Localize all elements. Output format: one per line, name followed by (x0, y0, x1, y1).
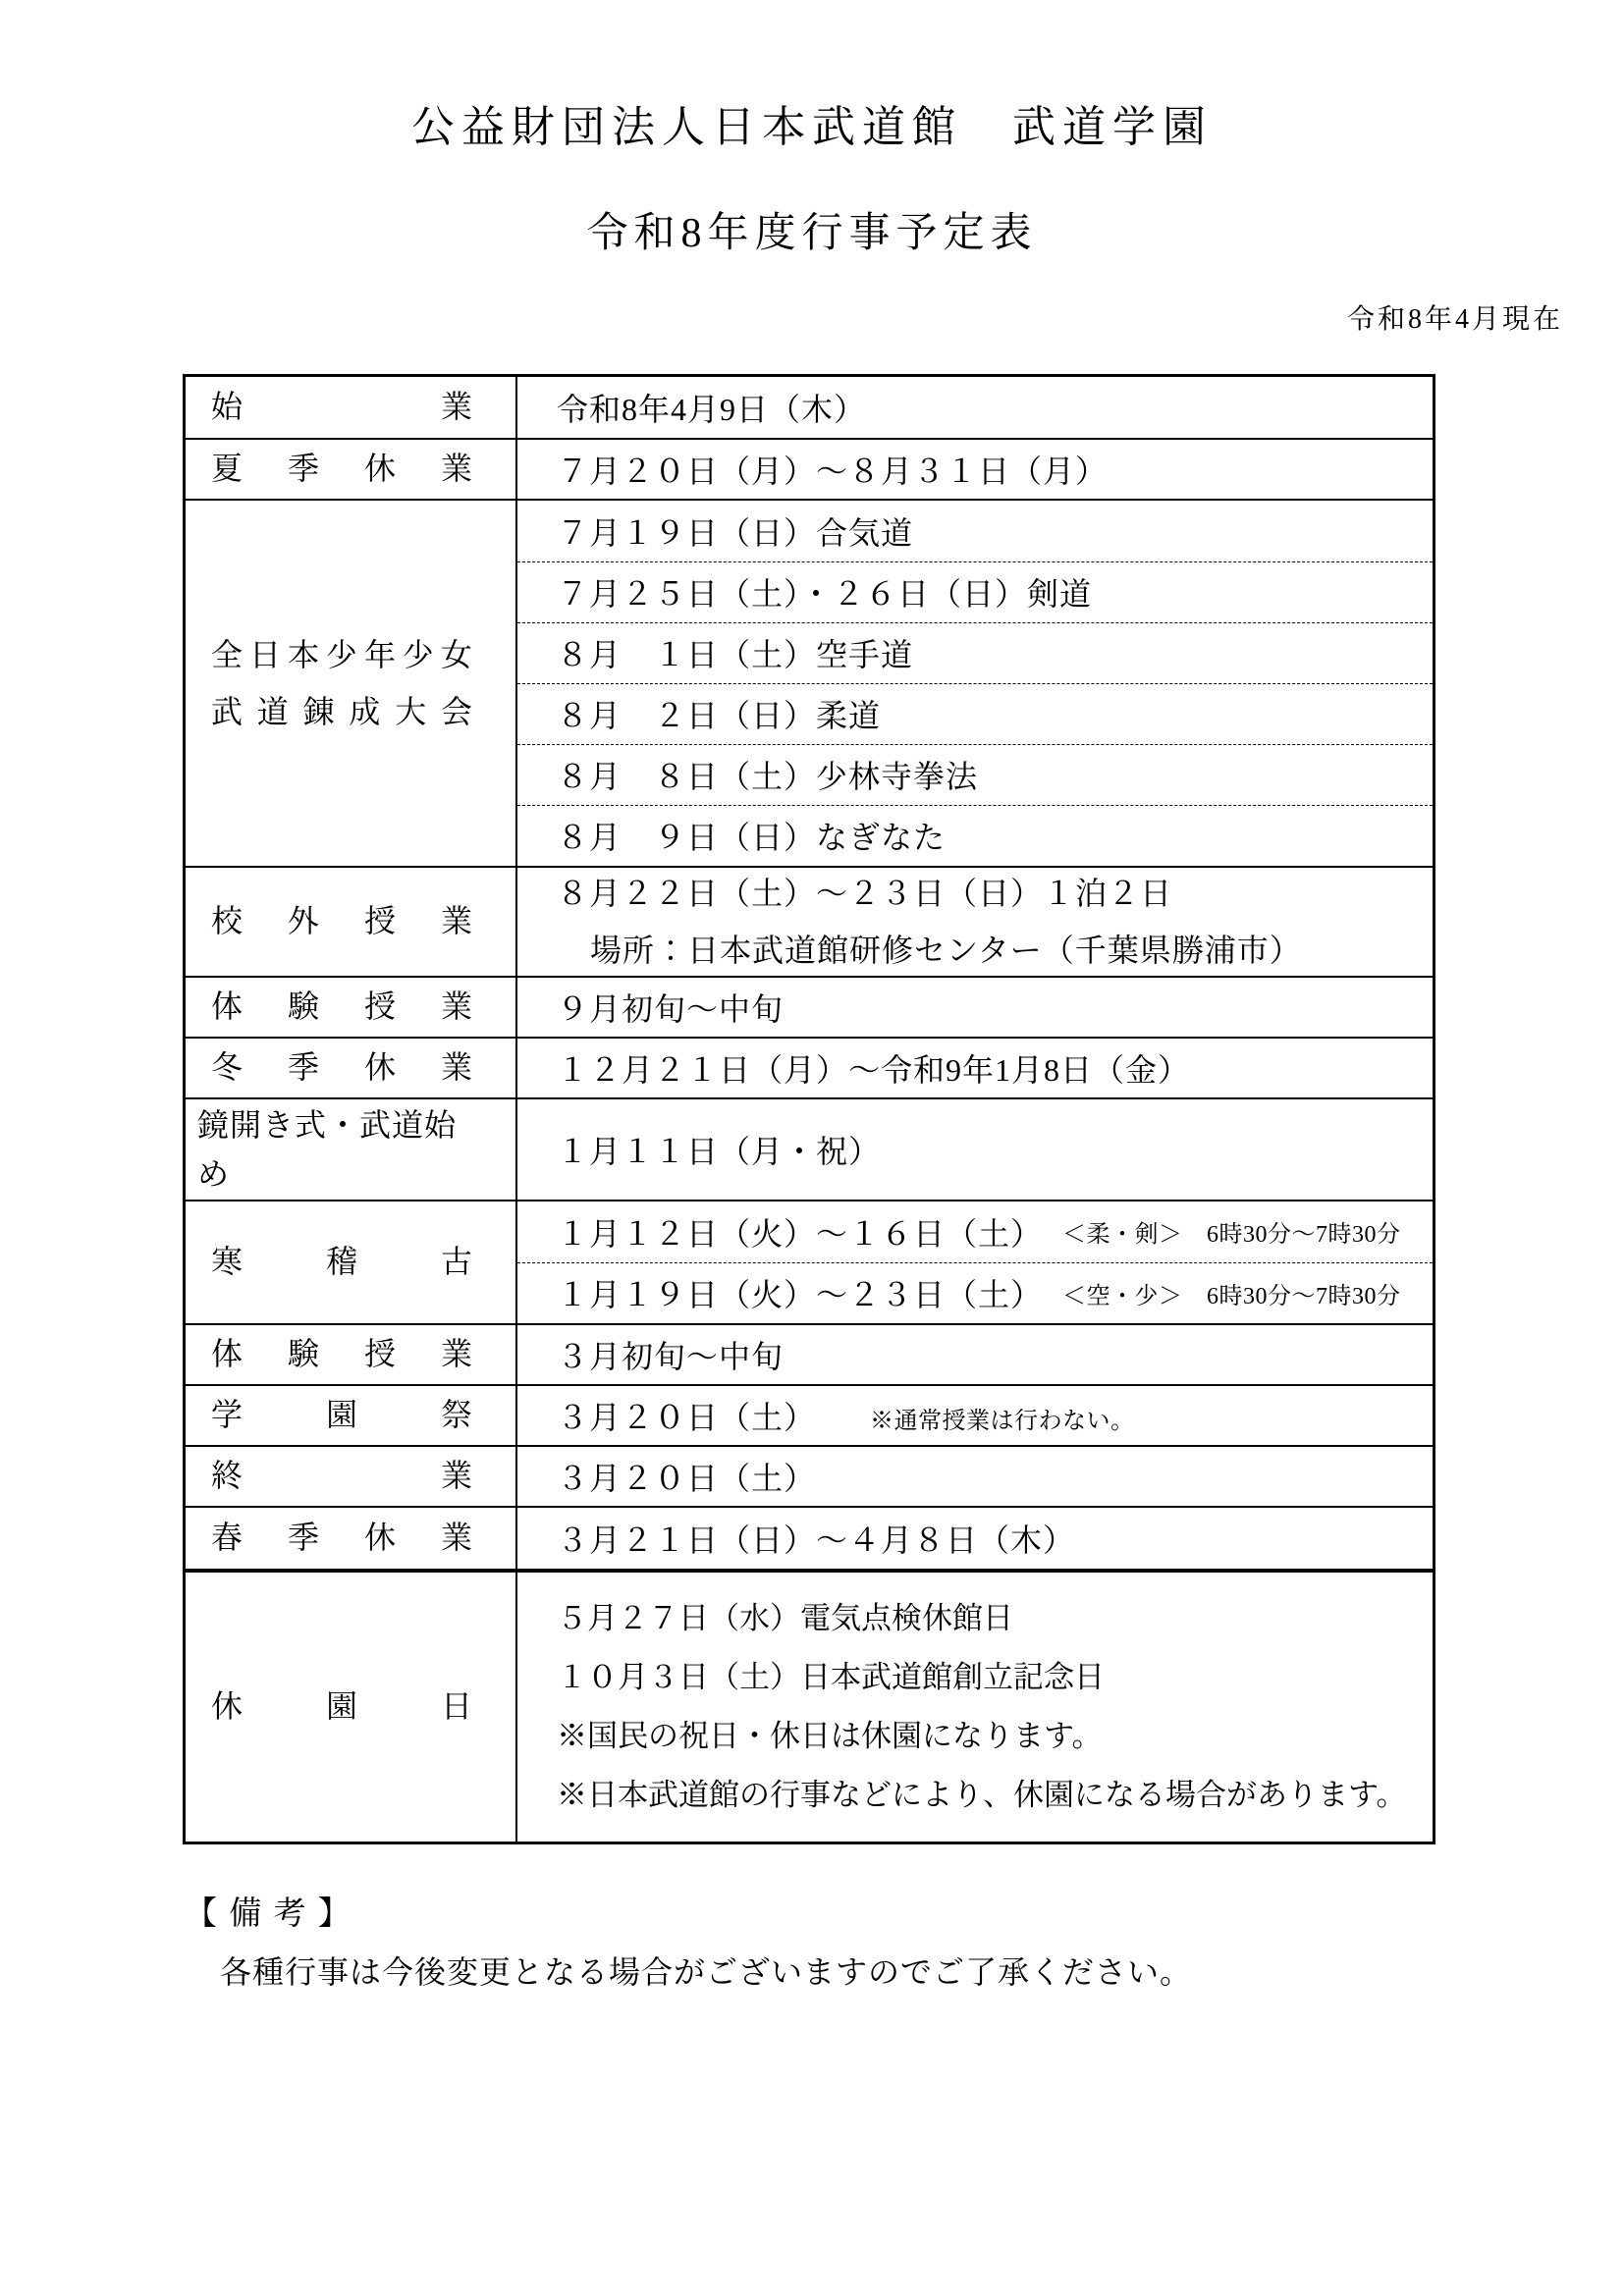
row-label-line2: め (197, 1149, 472, 1199)
row-label-cell: 春季休業 (186, 1508, 517, 1569)
row-value-cell: ３月初旬～中旬 (517, 1325, 1433, 1384)
remarks-text: 各種行事は今後変更となる場合がございますのでご了承ください。 (220, 1948, 1624, 1993)
row-value: ３月２０日（土） (557, 1400, 816, 1435)
subrow-text: ８月 ９日（日）なぎなた (557, 813, 946, 858)
row-value-line1: ８月２２日（土）～２３日（日）１泊２日 (557, 865, 1433, 922)
subrow-text: ７月１９日（日）合気道 (557, 508, 913, 554)
subrow-kangeiko-judo-kendo: １月１２日（火）～１６日（土） ＜柔・剣＞ 6時30分～7時30分 (517, 1201, 1433, 1262)
row-label-line1: 全日本少年少女 (211, 626, 472, 683)
row-value: ３月２１日（日）～４月８日（木） (557, 1516, 1433, 1561)
table-row-winter-break: 冬季休業 １２月２１日（月）～令和9年1月8日（金） (186, 1037, 1433, 1097)
row-label-cell: 体験授業 (186, 1325, 517, 1384)
row-subrows: ７月１９日（日）合気道 ７月２５日（土）・２６日（日）剣道 ８月 １日（土）空手… (517, 501, 1433, 866)
table-row-school-start: 始業 令和8年4月9日（木） (186, 377, 1433, 438)
row-value-line2: 場所：日本武道館研修センター（千葉県勝浦市） (557, 922, 1433, 979)
row-label: 体験授業 (211, 986, 472, 1028)
row-value-cell: １月１１日（月・祝） (517, 1099, 1433, 1200)
row-label: 校外授業 (211, 900, 472, 942)
closed-day-line: ５月２７日（水）電気点検休館日 (557, 1589, 1433, 1648)
row-label: 終業 (211, 1455, 472, 1497)
row-label-cell: 学園祭 (186, 1386, 517, 1445)
row-value: ３月初旬～中旬 (557, 1332, 1433, 1377)
row-value-cell: 令和8年4月9日（木） (517, 377, 1433, 438)
table-row-closed-days: 休園日 ５月２７日（水）電気点検休館日 １０月３日（土）日本武道館創立記念日 ※… (186, 1569, 1433, 1842)
row-label-cell: 全日本少年少女 武道錬成大会 (186, 501, 517, 866)
row-label: 休園日 (211, 1685, 472, 1728)
table-row-school-end: 終業 ３月２０日（土） (186, 1445, 1433, 1506)
row-value: 令和8年4月9日（木） (557, 385, 1433, 430)
row-value-cell: ３月２０日（土） ※通常授業は行わない。 (517, 1386, 1433, 1445)
row-label-cell: 寒稽古 (186, 1201, 517, 1323)
closed-day-note: ※国民の祝日・休日は休園になります。 (557, 1707, 1433, 1766)
subrow-kendo: ７月２５日（土）・２６日（日）剣道 (517, 561, 1433, 622)
table-row-summer-break: 夏季休業 ７月２０日（月）～８月３１日（月） (186, 438, 1433, 499)
schedule-table: 始業 令和8年4月9日（木） 夏季休業 ７月２０日（月）～８月３１日（月） 全日… (183, 374, 1435, 1844)
row-label: 学園祭 (211, 1394, 472, 1436)
row-label-line1: 鏡開き式・武道始 (197, 1100, 472, 1149)
subrow-naginata: ８月 ９日（日）なぎなた (517, 805, 1433, 866)
row-label: 体験授業 (211, 1333, 472, 1375)
row-value-cell: １２月２１日（月）～令和9年1月8日（金） (517, 1039, 1433, 1097)
row-label-cell: 夏季休業 (186, 440, 517, 499)
row-value-cell: ３月２０日（土） (517, 1447, 1433, 1506)
row-subrows: １月１２日（火）～１６日（土） ＜柔・剣＞ 6時30分～7時30分 １月１９日（… (517, 1201, 1433, 1323)
subrow-shorinji-kempo: ８月 ８日（土）少林寺拳法 (517, 744, 1433, 805)
remarks-heading: 【 備 考 】 (185, 1888, 1624, 1934)
row-label-line2: 武道錬成大会 (211, 683, 472, 740)
row-value-cell: ９月初旬～中旬 (517, 978, 1433, 1037)
closed-day-note: ※日本武道館の行事などにより、休園になる場合があります。 (557, 1766, 1433, 1825)
document-title: 公益財団法人日本武道館 武道学園 (0, 0, 1624, 154)
row-label-cell: 体験授業 (186, 978, 517, 1037)
as-of-date-note: 令和8年4月現在 (0, 303, 1563, 337)
subrow-date: １月１２日（火）～１６日（土） (557, 1209, 1043, 1255)
row-label-cell: 冬季休業 (186, 1039, 517, 1097)
subrow-karatedo: ８月 １日（土）空手道 (517, 622, 1433, 683)
row-value-cell: ７月２０日（月）～８月３１日（月） (517, 440, 1433, 499)
row-value: １月１１日（月・祝） (557, 1127, 1433, 1172)
subrow-date: １月１９日（火）～２３日（土） (557, 1270, 1043, 1315)
table-row-kangeiko: 寒稽古 １月１２日（火）～１６日（土） ＜柔・剣＞ 6時30分～7時30分 １月… (186, 1200, 1433, 1323)
subrow-judo: ８月 ２日（日）柔道 (517, 683, 1433, 744)
document-subtitle: 令和8年度行事予定表 (0, 209, 1624, 258)
row-value: ３月２０日（土） (557, 1454, 1433, 1499)
subrow-text: ８月 １日（土）空手道 (557, 630, 913, 675)
subrow-text: ８月 ２日（日）柔道 (557, 691, 881, 736)
row-label: 始業 (211, 386, 472, 428)
row-label-cell: 始業 (186, 377, 517, 438)
table-row-kagamibiraki: 鏡開き式・武道始 め １月１１日（月・祝） (186, 1097, 1433, 1200)
row-value: １２月２１日（月）～令和9年1月8日（金） (557, 1045, 1433, 1091)
table-row-school-festival: 学園祭 ３月２０日（土） ※通常授業は行わない。 (186, 1384, 1433, 1445)
row-label-cell: 校外授業 (186, 868, 517, 976)
subrow-kangeiko-karate-shorinji: １月１９日（火）～２３日（土） ＜空・少＞ 6時30分～7時30分 (517, 1262, 1433, 1323)
row-value-cell: ８月２２日（土）～２３日（日）１泊２日 場所：日本武道館研修センター（千葉県勝浦… (517, 868, 1433, 976)
row-label-cell: 休園日 (186, 1573, 517, 1842)
row-value: ９月初旬～中旬 (557, 985, 1433, 1030)
row-value-with-note: ３月２０日（土） ※通常授業は行わない。 (557, 1393, 1433, 1438)
row-value-cell: ３月２１日（日）～４月８日（木） (517, 1508, 1433, 1569)
row-label-cell: 終業 (186, 1447, 517, 1506)
subrow-aikido: ７月１９日（日）合気道 (517, 501, 1433, 561)
row-value: ７月２０日（月）～８月３１日（月） (557, 447, 1433, 492)
table-row-trial-class-mar: 体験授業 ３月初旬～中旬 (186, 1323, 1433, 1384)
row-label: 寒稽古 (211, 1241, 472, 1283)
closed-day-line: １０月３日（土）日本武道館創立記念日 (557, 1648, 1433, 1707)
subrow-text: ８月 ８日（土）少林寺拳法 (557, 752, 978, 797)
subrow-note: ＜空・少＞ 6時30分～7時30分 (1062, 1276, 1401, 1310)
table-row-field-trip: 校外授業 ８月２２日（土）～２３日（日）１泊２日 場所：日本武道館研修センター（… (186, 866, 1433, 976)
subrow-note: ＜柔・剣＞ 6時30分～7時30分 (1062, 1214, 1401, 1249)
table-row-rensei-taikai: 全日本少年少女 武道錬成大会 ７月１９日（日）合気道 ７月２５日（土）・２６日（… (186, 499, 1433, 866)
document-page: 公益財団法人日本武道館 武道学園 令和8年度行事予定表 令和8年4月現在 始業 … (0, 0, 1624, 2296)
row-label-cell: 鏡開き式・武道始 め (186, 1099, 517, 1200)
row-note: ※通常授業は行わない。 (870, 1409, 1135, 1434)
subrow-text: ７月２５日（土）・２６日（日）剣道 (557, 569, 1092, 614)
row-label: 冬季休業 (211, 1046, 472, 1089)
row-label: 春季休業 (211, 1517, 472, 1559)
table-row-spring-break: 春季休業 ３月２１日（日）～４月８日（木） (186, 1506, 1433, 1569)
row-value-cell: ５月２７日（水）電気点検休館日 １０月３日（土）日本武道館創立記念日 ※国民の祝… (517, 1573, 1433, 1842)
row-label: 夏季休業 (211, 448, 472, 490)
table-row-trial-class-sep: 体験授業 ９月初旬～中旬 (186, 976, 1433, 1037)
